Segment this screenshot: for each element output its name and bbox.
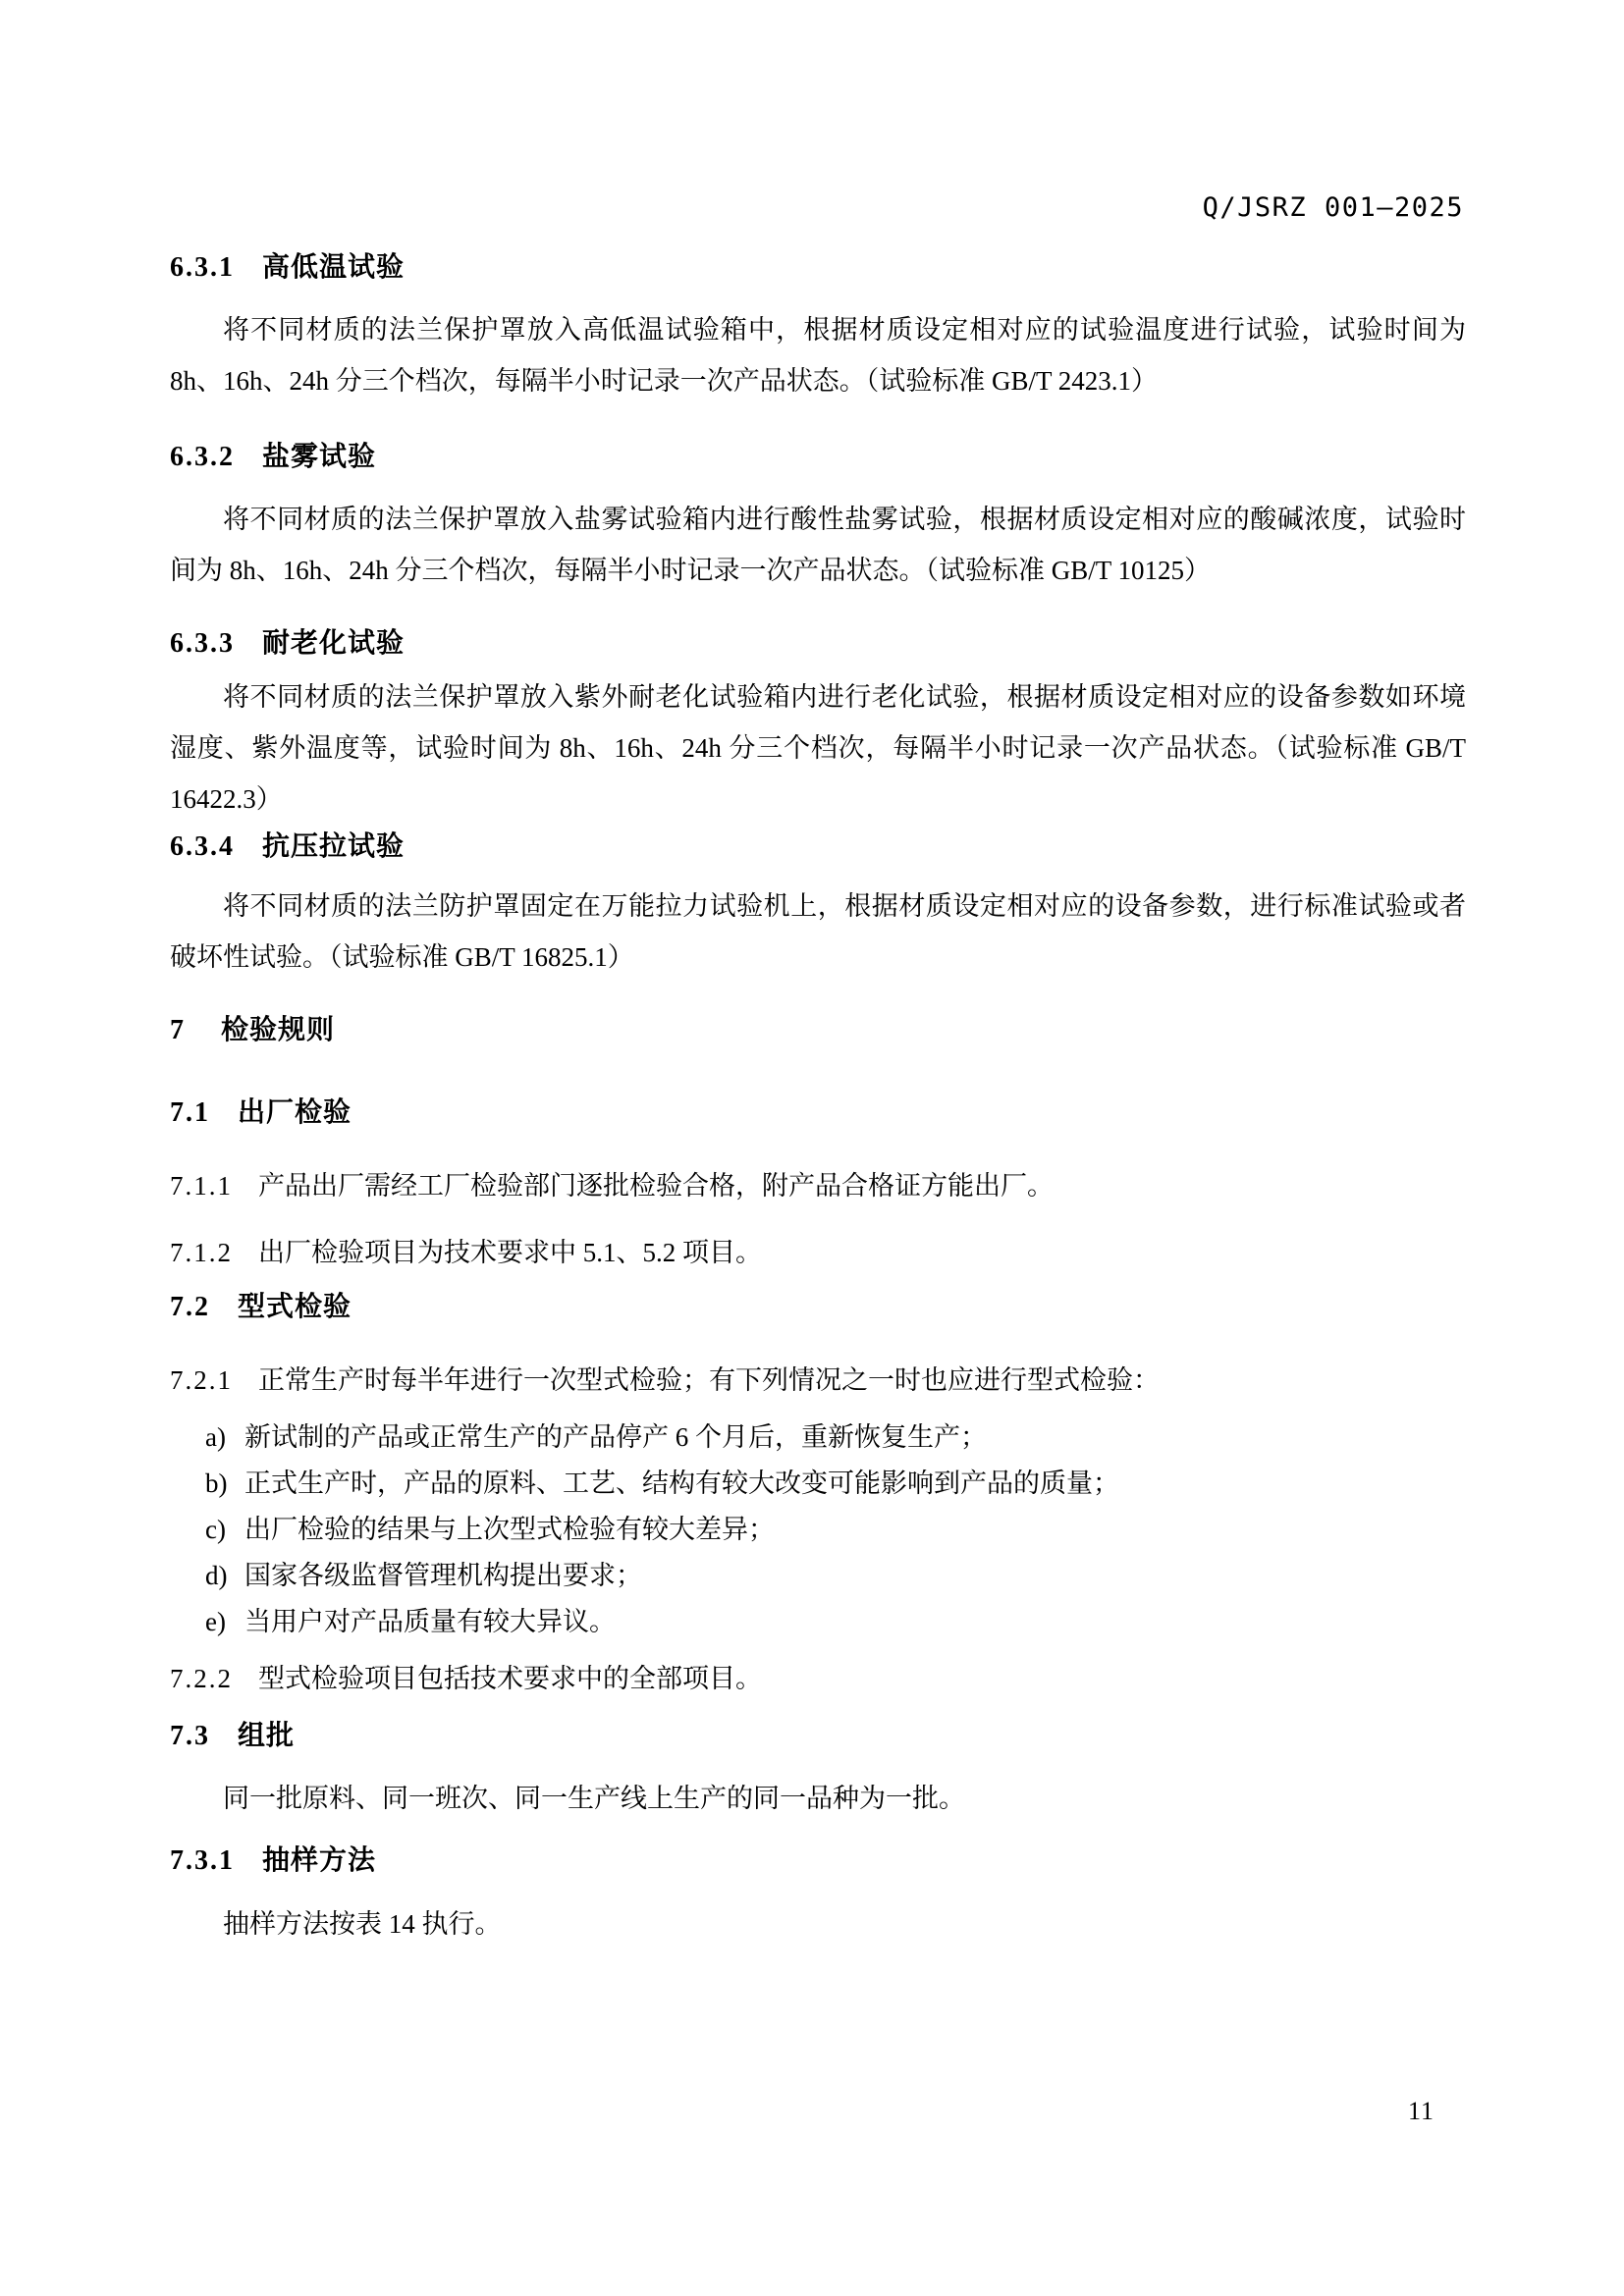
heading-number: 6.3.4 (170, 831, 235, 862)
heading-6-3-4: 6.3.4抗压拉试验 (170, 829, 1466, 864)
paragraph-7-3-1: 抽样方法按表 14 执行。 (170, 1898, 1466, 1949)
paragraph-6-3-2: 将不同材质的法兰保护罩放入盐雾试验箱内进行酸性盐雾试验，根据材质设定相对应的酸碱… (170, 494, 1466, 596)
clause-7-1-2: 7.1.2出厂检验项目为技术要求中 5.1、5.2 项目。 (170, 1227, 1466, 1278)
clause-text: 产品出厂需经工厂检验部门逐批检验合格，附产品合格证方能出厂。 (258, 1171, 1054, 1201)
heading-7-2: 7.2型式检验 (170, 1290, 1466, 1324)
heading-title: 组批 (238, 1720, 295, 1750)
list-marker: b) (205, 1464, 244, 1503)
heading-title: 出厂检验 (238, 1096, 352, 1127)
heading-7-3-1: 7.3.1抽样方法 (170, 1843, 1466, 1878)
doc-code-header: Q/JSRZ 001—2025 (1203, 192, 1464, 223)
list-text: 国家各级监督管理机构提出要求； (244, 1556, 1466, 1595)
clause-number: 7.1.1 (170, 1171, 233, 1201)
heading-number: 6.3.1 (170, 252, 235, 283)
list-text: 出厂检验的结果与上次型式检验有较大差异； (244, 1510, 1466, 1549)
list-item-d: d) 国家各级监督管理机构提出要求； (170, 1556, 1466, 1595)
list-item-a: a) 新试制的产品或正常生产的产品停产 6 个月后，重新恢复生产； (170, 1417, 1466, 1457)
paragraph-6-3-1: 将不同材质的法兰保护罩放入高低温试验箱中，根据材质设定相对应的试验温度进行试验，… (170, 304, 1466, 406)
heading-6-3-1: 6.3.1高低温试验 (170, 250, 1466, 285)
clause-text: 出厂检验项目为技术要求中 5.1、5.2 项目。 (258, 1238, 762, 1267)
heading-7: 7检验规则 (170, 1013, 1466, 1047)
heading-number: 7.1 (170, 1097, 210, 1128)
clause-number: 7.1.2 (170, 1238, 233, 1267)
heading-title: 型式检验 (238, 1291, 352, 1321)
paragraph-7-3: 同一批原料、同一班次、同一生产线上生产的同一品种为一批。 (170, 1773, 1466, 1824)
heading-title: 抗压拉试验 (262, 830, 405, 861)
clause-7-2-1: 7.2.1正常生产时每半年进行一次型式检验；有下列情况之一时也应进行型式检验： (170, 1355, 1466, 1406)
heading-title: 高低温试验 (262, 251, 405, 282)
list-marker: e) (205, 1602, 244, 1641)
heading-title: 检验规则 (221, 1014, 335, 1044)
list-marker: c) (205, 1510, 244, 1549)
paragraph-6-3-4: 将不同材质的法兰防护罩固定在万能拉力试验机上，根据材质设定相对应的设备参数，进行… (170, 881, 1466, 983)
document-page: Q/JSRZ 001—2025 6.3.1高低温试验 将不同材质的法兰保护罩放入… (0, 0, 1624, 2296)
clause-text: 型式检验项目包括技术要求中的全部项目。 (258, 1664, 762, 1693)
heading-7-1: 7.1出厂检验 (170, 1095, 1466, 1130)
heading-title: 耐老化试验 (262, 627, 405, 658)
heading-number: 6.3.3 (170, 628, 235, 659)
list-marker: d) (205, 1556, 244, 1595)
heading-number: 7 (170, 1015, 186, 1045)
list-marker: a) (205, 1417, 244, 1457)
heading-6-3-3: 6.3.3耐老化试验 (170, 626, 1466, 661)
clause-7-1-1: 7.1.1产品出厂需经工厂检验部门逐批检验合格，附产品合格证方能出厂。 (170, 1160, 1466, 1211)
list-text: 当用户对产品质量有较大异议。 (244, 1602, 1466, 1641)
heading-number: 7.2 (170, 1292, 210, 1322)
list-text: 正式生产时，产品的原料、工艺、结构有较大改变可能影响到产品的质量； (244, 1464, 1466, 1503)
list-text: 新试制的产品或正常生产的产品停产 6 个月后，重新恢复生产； (244, 1417, 1466, 1457)
heading-title: 抽样方法 (262, 1844, 376, 1875)
list-item-e: e) 当用户对产品质量有较大异议。 (170, 1602, 1466, 1641)
heading-number: 6.3.2 (170, 442, 235, 472)
heading-number: 7.3 (170, 1721, 210, 1751)
heading-number: 7.3.1 (170, 1845, 235, 1876)
heading-title: 盐雾试验 (262, 441, 376, 471)
list-item-c: c) 出厂检验的结果与上次型式检验有较大差异； (170, 1510, 1466, 1549)
paragraph-6-3-3: 将不同材质的法兰保护罩放入紫外耐老化试验箱内进行老化试验，根据材质设定相对应的设… (170, 671, 1466, 825)
page-number: 11 (1408, 2097, 1435, 2126)
clause-text: 正常生产时每半年进行一次型式检验；有下列情况之一时也应进行型式检验： (258, 1365, 1160, 1395)
list-item-b: b) 正式生产时，产品的原料、工艺、结构有较大改变可能影响到产品的质量； (170, 1464, 1466, 1503)
clause-number: 7.2.1 (170, 1365, 233, 1395)
heading-6-3-2: 6.3.2盐雾试验 (170, 440, 1466, 474)
clause-7-2-2: 7.2.2型式检验项目包括技术要求中的全部项目。 (170, 1653, 1466, 1704)
heading-7-3: 7.3组批 (170, 1719, 1466, 1753)
clause-number: 7.2.2 (170, 1664, 233, 1693)
